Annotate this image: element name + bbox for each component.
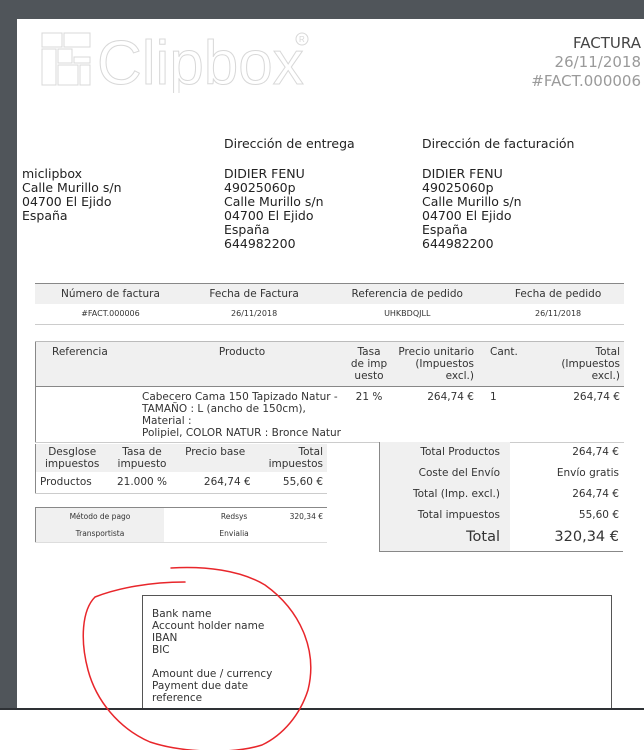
header-line: Precio unitario <box>396 346 474 358</box>
total-label: Total impuestos <box>380 505 511 526</box>
header-line: excl.) <box>538 370 620 382</box>
total-value: 55,60 € <box>510 505 623 526</box>
payment-method-value: Redsys <box>164 508 268 526</box>
clipbox-logo-icon: Clipbox R <box>40 29 310 93</box>
tax-base: 264,74 € <box>176 472 255 494</box>
header-line: excl.) <box>396 370 474 382</box>
invoice-address-title: Dirección de facturación <box>422 137 574 151</box>
product-total: 264,74 € <box>534 387 624 443</box>
doc-date: 26/11/2018 <box>531 53 641 72</box>
bank-line: IBAN <box>152 632 611 644</box>
total-label: Total Productos <box>380 442 511 463</box>
doc-title: FACTURA <box>531 33 641 53</box>
delivery-address-title: Dirección de entrega <box>224 137 355 151</box>
address-line: 04700 El Ejido <box>224 209 355 223</box>
product-line: Cabecero Cama 150 Tapizado Natur - <box>142 391 342 403</box>
table-row: Total (Imp. excl.) 264,74 € <box>380 484 624 505</box>
table-row: Método de pago Redsys 320,34 € <box>36 508 328 526</box>
column-header: Total impuestos <box>255 444 327 472</box>
product-name: Cabecero Cama 150 Tapizado Natur - TAMAÑ… <box>138 387 346 443</box>
totals-table: Total Productos 264,74 € Coste del Envío… <box>379 442 623 552</box>
product-unit-price: 264,74 € <box>392 387 478 443</box>
invoice-date: 26/11/2018 <box>186 304 322 325</box>
header-line: uesto <box>350 370 388 382</box>
address-line: 49025060p <box>224 181 355 195</box>
svg-text:R: R <box>299 35 305 44</box>
products-table: Referencia Producto Tasa de imp uesto Pr… <box>35 341 624 443</box>
header-line: Tasa de <box>112 446 171 458</box>
product-quantity: 1 <box>478 387 534 443</box>
header-line: (Impuestos <box>396 358 474 370</box>
payment-method-label: Método de pago <box>36 508 165 526</box>
bank-line: BIC <box>152 644 611 656</box>
column-header: Cant. <box>478 342 534 387</box>
column-header: Tasa de imp uesto <box>346 342 392 387</box>
address-line: 49025060p <box>422 181 574 195</box>
column-header: Tasa de impuesto <box>108 444 175 472</box>
header-line: de imp <box>350 358 388 370</box>
delivery-address: Dirección de entrega DIDIER FENU 4902506… <box>224 137 355 251</box>
address-line: Calle Murillo s/n <box>422 195 574 209</box>
address-line: Calle Murillo s/n <box>224 195 355 209</box>
total-value: 264,74 € <box>510 484 623 505</box>
column-header: Total (Impuestos excl.) <box>534 342 624 387</box>
header-line: impuestos <box>259 458 323 470</box>
carrier-value: Envialia <box>164 525 268 543</box>
address-line: Calle Murillo s/n <box>22 181 122 195</box>
address-line: DIDIER FENU <box>422 167 574 181</box>
address-line: DIDIER FENU <box>224 167 355 181</box>
column-header: Precio base <box>176 444 255 472</box>
table-row: #FACT.000006 26/11/2018 UHKBDQJLL 26/11/… <box>35 304 624 325</box>
bank-line: Payment due date <box>152 680 611 692</box>
address-line: España <box>22 209 122 223</box>
empty-cell <box>268 525 327 543</box>
invoice-header: FACTURA 26/11/2018 #FACT.000006 <box>531 33 641 91</box>
invoice-number: #FACT.000006 <box>35 304 186 325</box>
product-reference <box>36 387 139 443</box>
product-line: TAMAÑO : L (ancho de 150cm), Material : <box>142 403 342 427</box>
header-line: Desglose <box>40 446 104 458</box>
total-value: Envío gratis <box>510 463 623 484</box>
tax-label: Productos <box>36 472 109 494</box>
address-line: España <box>422 223 574 237</box>
header-line: Total <box>538 346 620 358</box>
bank-details-box: Bank name Account holder name IBAN BIC A… <box>142 595 612 708</box>
header-line: (Impuestos <box>538 358 620 370</box>
column-header: Precio unitario (Impuestos excl.) <box>392 342 478 387</box>
column-header: Referencia <box>36 342 139 387</box>
order-reference: UHKBDQJLL <box>322 304 492 325</box>
header-line: Total <box>259 446 323 458</box>
header-line: impuestos <box>40 458 104 470</box>
total-label: Total (Imp. excl.) <box>380 484 511 505</box>
address-line: 04700 El Ejido <box>422 209 574 223</box>
invoice-info-table: Número de factura Fecha de Factura Refer… <box>35 283 624 325</box>
invoice-address: Dirección de facturación DIDIER FENU 490… <box>422 137 574 251</box>
total-label: Coste del Envío <box>380 463 511 484</box>
header-line: Tasa <box>350 346 388 358</box>
address-line: miclipbox <box>22 167 122 181</box>
address-line: 644982200 <box>422 237 574 251</box>
table-row: Coste del Envío Envío gratis <box>380 463 624 484</box>
table-row: Transportista Envialia <box>36 525 328 543</box>
header-line: impuesto <box>112 458 171 470</box>
grand-total-value: 320,34 € <box>510 526 623 552</box>
grand-total-label: Total <box>380 526 511 552</box>
product-tax-rate: 21 % <box>346 387 392 443</box>
payment-table: Método de pago Redsys 320,34 € Transport… <box>35 507 327 543</box>
table-row: Total Productos 264,74 € <box>380 442 624 463</box>
address-line: España <box>224 223 355 237</box>
payment-amount: 320,34 € <box>268 508 327 526</box>
bank-line: reference <box>152 692 611 704</box>
product-line: Polipiel, COLOR NATUR : Bronce Natur <box>142 427 342 439</box>
order-date: 26/11/2018 <box>492 304 624 325</box>
table-row: Productos 21.000 % 264,74 € 55,60 € <box>36 472 328 494</box>
doc-number: #FACT.000006 <box>531 72 641 91</box>
address-line: 04700 El Ejido <box>22 195 122 209</box>
carrier-label: Transportista <box>36 525 165 543</box>
header-line: Precio base <box>180 446 251 458</box>
invoice-page: Clipbox R FACTURA 26/11/2018 #FACT.00000… <box>17 19 644 708</box>
bank-line: Bank name <box>152 608 611 620</box>
column-header: Referencia de pedido <box>322 284 492 305</box>
total-value: 264,74 € <box>510 442 623 463</box>
bank-line: Account holder name <box>152 620 611 632</box>
shop-address: miclipbox Calle Murillo s/n 04700 El Eji… <box>22 167 122 223</box>
clipbox-logo: Clipbox R <box>40 29 310 93</box>
column-header: Número de factura <box>35 284 186 305</box>
column-header: Fecha de Factura <box>186 284 322 305</box>
column-header: Producto <box>138 342 346 387</box>
svg-text:Clipbox: Clipbox <box>97 29 304 93</box>
tax-total: 55,60 € <box>255 472 327 494</box>
table-row: Total 320,34 € <box>380 526 624 552</box>
address-line: 644982200 <box>224 237 355 251</box>
table-row: Total impuestos 55,60 € <box>380 505 624 526</box>
bank-line: Amount due / currency <box>152 668 611 680</box>
tax-rate: 21.000 % <box>108 472 175 494</box>
viewer-divider <box>0 708 644 710</box>
column-header: Desglose impuestos <box>36 444 109 472</box>
column-header: Fecha de pedido <box>492 284 624 305</box>
table-row: Cabecero Cama 150 Tapizado Natur - TAMAÑ… <box>36 387 625 443</box>
tax-breakdown-table: Desglose impuestos Tasa de impuesto Prec… <box>35 444 327 494</box>
